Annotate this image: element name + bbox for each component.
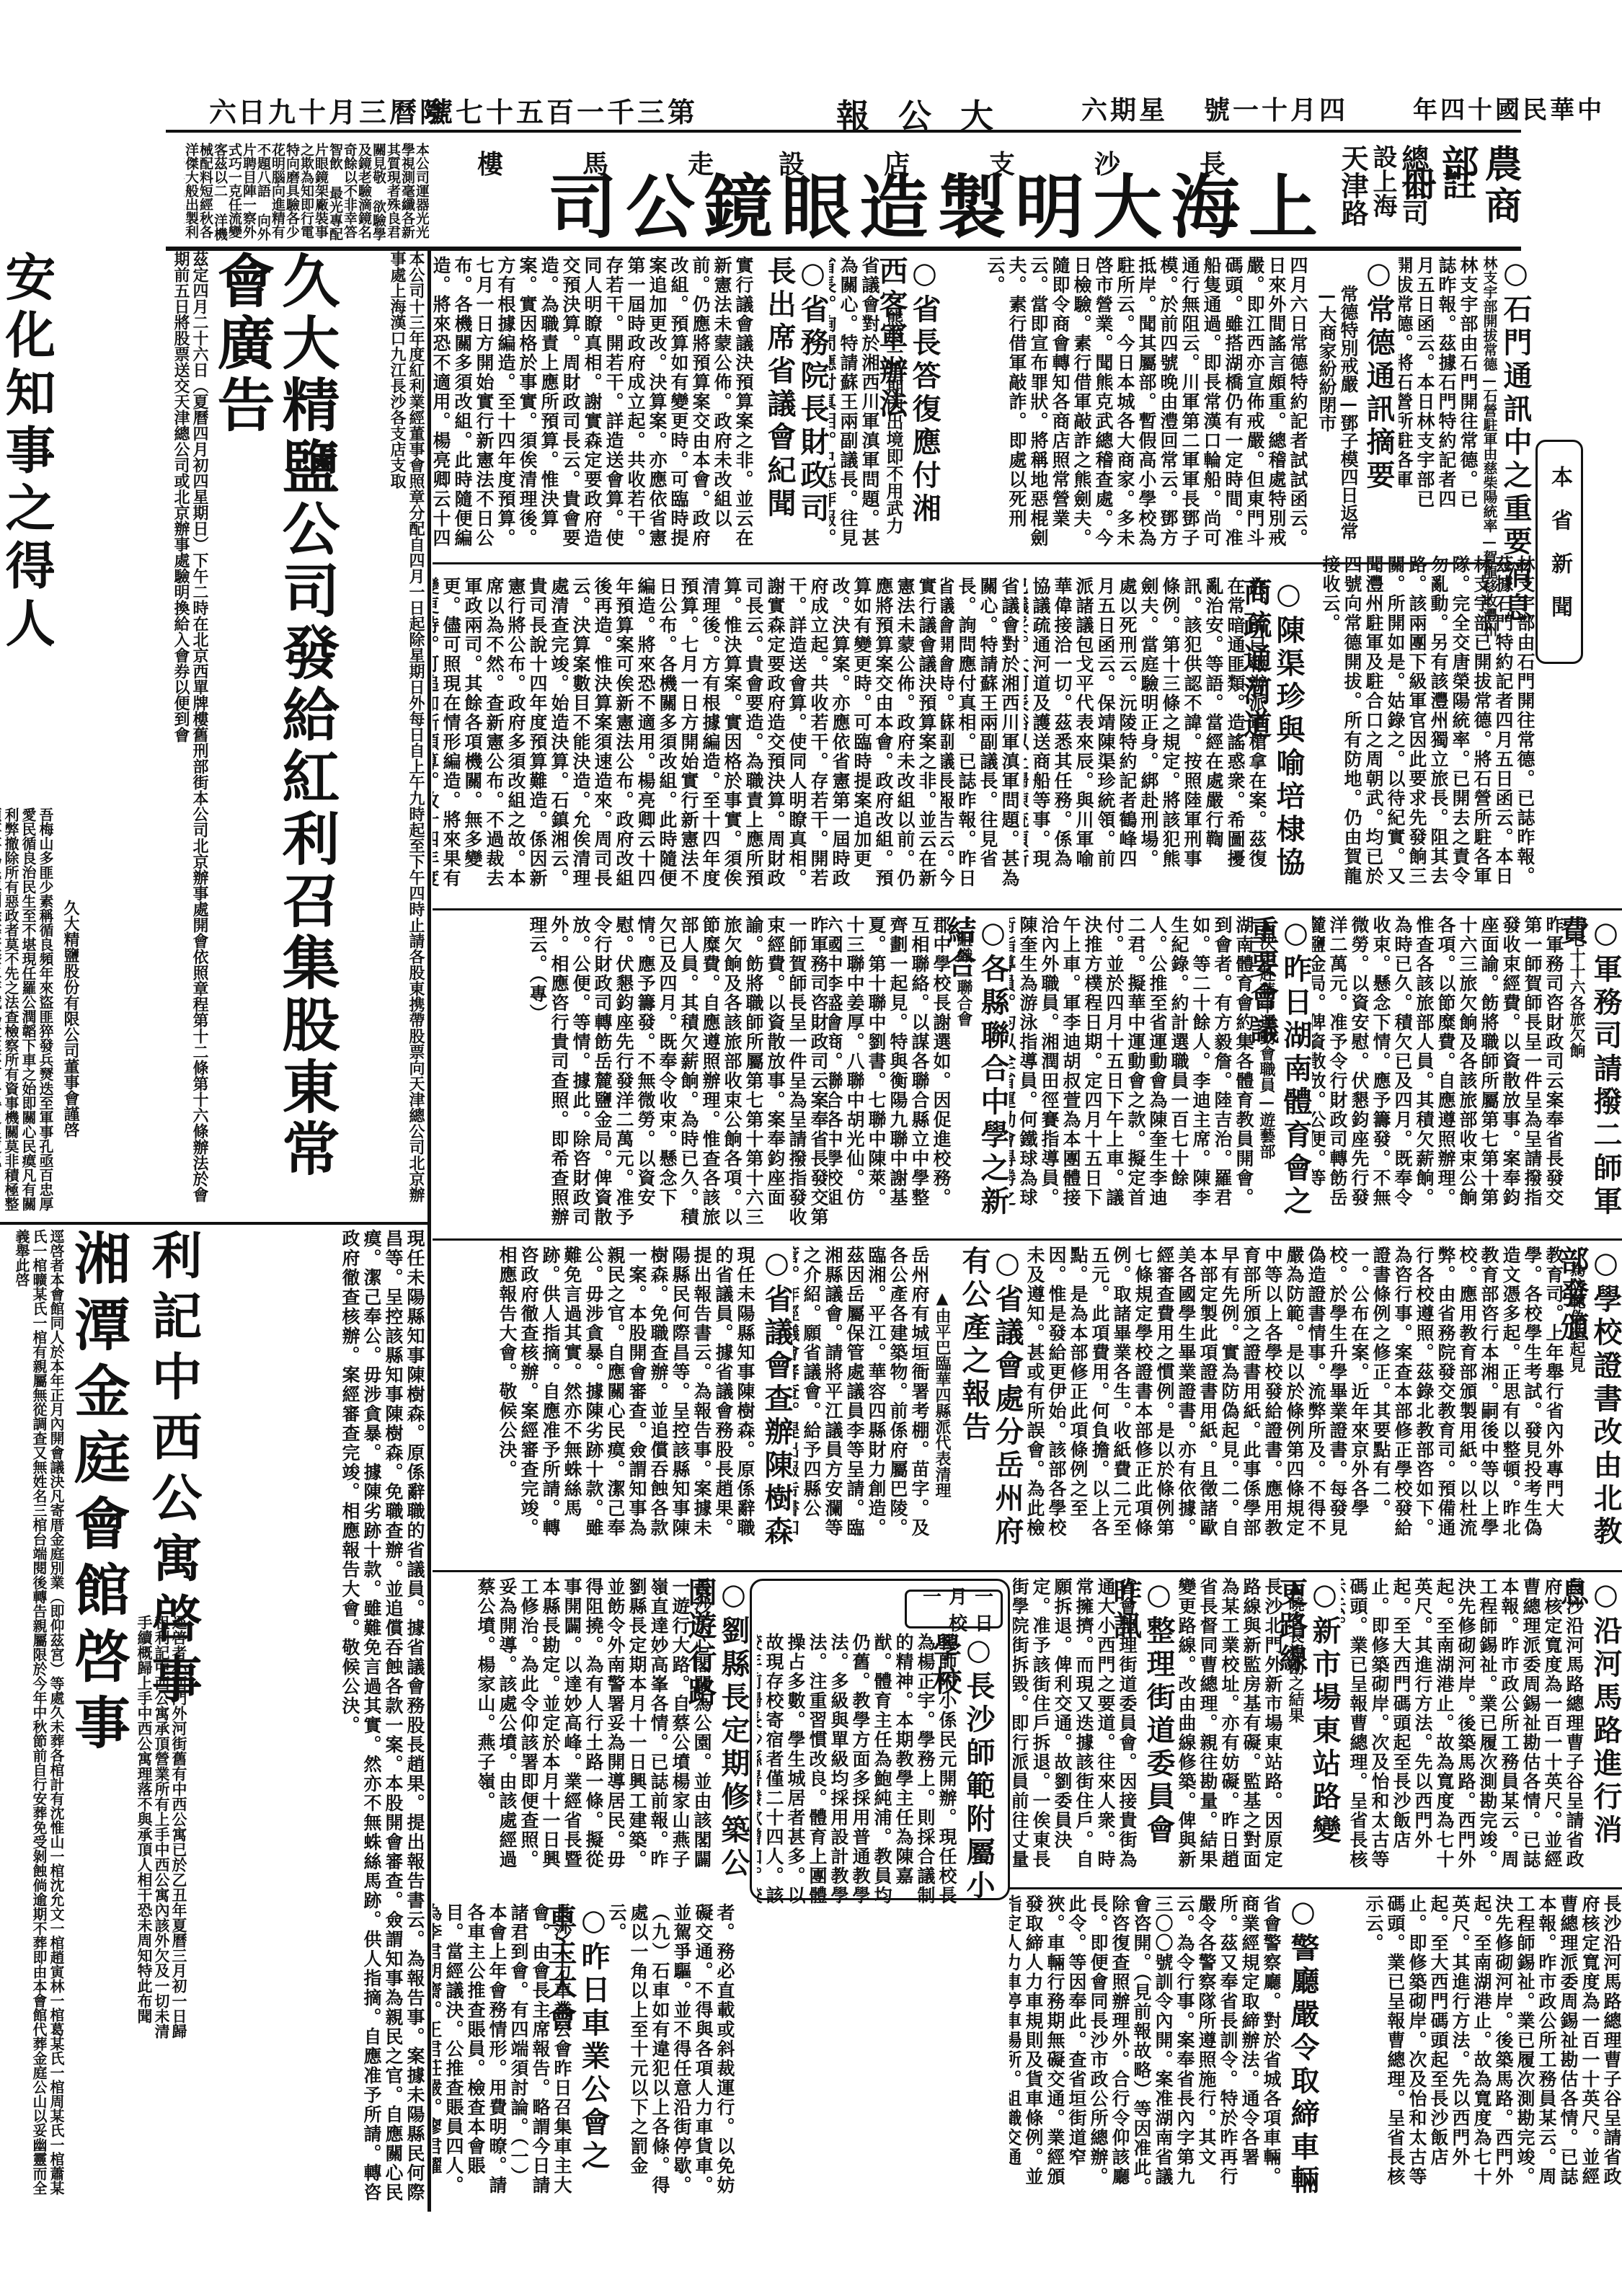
article-sports-subtitle: ▲決定赴華中運動會職員—遊藝部 [1257,916,1276,1218]
article-riverside-road: ○沿河馬路進行消息 長沙沿河馬路總理曹子谷呈請省政府核定寬度為一百一十英尺。並經… [1341,1577,1622,1880]
article-new-market-subtitle: ▲曉省長親勘之結果 [1286,1577,1305,1837]
optical-company-name: 上海大明製造眼鏡公司 [433,172,1326,244]
article-xiangxi-subtitle: ：熊於一星期內出境即不用武力 [883,292,903,551]
article-chenshusen: ○省議會查辦陳樹森 現任未陽縣知事陳樹森。原係辭職的省議員。據省議會務股長趙果。… [433,1246,793,1563]
divider-row4 [433,1570,1622,1572]
divider-row5 [1009,1887,1622,1889]
month-day: 四月十一號 [1204,90,1348,127]
article-xiangxi-body: 省議會對於湘西川軍滇軍問題。甚為關心。特請蘇王兩副議長。往見省長。詢問應付真相。… [830,256,880,551]
ad-salt-company: 久大精鹽公司發給紅利召集股東常會廣告 本公司十三年度紅利業經董事會照章分配自四月… [54,251,425,1217]
article-school-cert: ○學校證書改由北教部發頒 ：為防範偽造起見 教育司。上年舉行省內外專門大學。各校… [1024,1246,1622,1563]
article-school-cert-body: 教育司。上年舉行省內外專門大學。各校學生考試。發見投考生偽造文憑多起。正思有以整… [1024,1246,1564,1556]
article-new-market-title: ○新市場東站路變更路線 [1275,1577,1341,1880]
article-rickshaw-body: 長沙人力車業公會昨日召集車主大會。由會長主席報告。略謂今日請諸君到會。有四端須討… [433,1903,572,2199]
article-school-cert-title: ○學校證書改由北教部發頒 [1556,1246,1622,1563]
traffic-rules-body: 者。務必直載或斜裁運行。以免妨礙交通。不得與各項人力車貨車。並駕爭驅。並不得任意… [613,1903,735,2199]
article-police-vehicles-title: ○警廳嚴令取締車輛 [1286,1894,1319,2212]
article-middle-school-body: 郡中學校長謝選如。因促進校務。互相聯絡。以謀各聯合縣立中學整齊劃一起見。特與衡陽… [829,916,952,1225]
article-chenshusen-body: 現任未陽縣知事陳樹森。原係辭職的省議員。據省議會務股長趙果。提出報告書云。為報告… [433,1246,755,1556]
divider-row1 [433,562,1528,564]
article-yuezhou-subtitle: ▲由平巴臨華四縣派代表清理 [933,1289,952,1548]
article-rickshaw: 者。務必直載或斜裁運行。以免妨礙交通。不得與各項人力車貨車。並駕爭驅。並不得任意… [433,1903,735,2206]
article-army-fee-subtitle: ：七十十六各旅欠餉 [1567,916,1586,1218]
article-police-vehicles-body-main: 省會警察廳。對於省城各項車輛。商業經規定取締辦法。通令各署所。茲又奉省長訓令。特… [1009,1894,1282,2204]
article-finance-title: ○省務院長財政司長出席省議會紀聞 [757,256,829,559]
article-middle-school-cont: 昨軍務司咨財政司云案奉省長發交第一師賀師長呈一件呈為呈請撥指發收束經費。以資散放… [433,916,829,1233]
lunar-date: 陰曆三月十九日 [238,90,450,130]
optical-ad-description: 本公司運器光光學視測毫纖各新其質現者殊良君關見敬 欲驗學及鏡老驗滴鏡名奇餘以不非… [184,143,429,241]
article-normal-school: ○長沙師範附屬小學校 長師附小係民元開辦。現任校長為楊正宇。學務上。則採合議制的… [757,1633,995,1921]
article-park-body: 長沙天心閣闢為公園。並由該閣闢一遊行大路。自蔡公墳楊家山燕子嶺直達妙高峯各情。已… [433,1577,712,1887]
ad-salt-notice-b: 茲定四月二十六日（夏曆四月初四星期日）下午二時在北京西單牌樓舊刑部街本公司北京辦… [65,251,209,1210]
left-ads-h-divider [0,1222,429,1225]
left-ads-divider [427,251,431,2212]
article-sports-title: ○昨日湖南體育會之重要會議 [1246,916,1312,1233]
article-street-committee-body: 省會整理街道委員會。因接貴街為通大小西門之要道。往來人衆。時常擁擠。而現又迭據該… [1014,1577,1138,1873]
article-normal-school-body: 長師附小係民元開辦。現任校長為楊正宇。學務上。則採合議制的精神。本期教學主任為陳… [757,1633,957,1914]
ad-xiangtan-title: 湘潭金庭會館啓事 [65,1229,130,2209]
article-changde-title: ○常德通訊摘要 [1362,256,1395,559]
page-mark: 六 [209,90,239,130]
gift-ad: 農商部 註冊 總公司 設上海 天津路 [1326,144,1521,238]
article-middle-school: ○各縣聯合中學之新結合 ：組織二聯合會 郡中學校長謝選如。因促進校務。互相聯絡。… [829,916,1009,1233]
article-xiangxi: ○省長答復應付湘西客軍辦法 ：熊於一星期內出境即不用武力 省議會對於湘西川軍滇軍… [829,256,941,559]
ad-salt-company-title: 久大精鹽公司發給紅利召集股東常會廣告 [209,251,339,1210]
article-shimen-cont: 林支宇部由石門開往常德。已誌昨報。茲據石門特約記者四月五日函云。本日林支宇部已開… [1305,555,1535,901]
article-changde-subtitle: 常德特別戒嚴—鄧子模四日返常—大商家紛紛閉市 [1316,285,1359,544]
article-chenquzhen: ○陳渠珍與喻培棣協商疏通河道 詐。前已報辦派軍槍拿在案。茲復在常暗通匪類。造謠惑… [1024,577,1305,894]
boxed-notice-label-frame: 一月一日校 [905,1590,1003,1628]
article-chenshusen-title: ○省議會查辦陳樹森 [760,1246,793,1563]
divider-row3 [433,1238,1622,1241]
article-sports: ○昨日湖南體育會之重要會議 ▲決定赴華中運動會職員—遊藝部 湖南體育會約集各體育… [1009,916,1312,1233]
ad-salt-notice-a: 本公司十三年度紅利業經董事會照章分配自四月一日起除星期日外每日自上午九時起至下午… [339,251,425,1210]
article-finance-cont-2: 現任未陽縣知事陳樹森。原係辭職的省議員。據省議會務股長趙果。提出報告書云。為報告… [202,1229,425,2209]
republic-date: 中華民國十四年 [1413,90,1605,125]
ad-salt-signature: 久大精鹽股份有限公司董事會謹啓 [61,900,80,1217]
article-finance-body: 實行議會議決預算案之非。並云在新憲法未蒙公佈。政府未改組以前。仍應將預算案交由本… [433,256,754,551]
article-changde-body: 四月六日常德特約記者試試函云。日來外間謠言頗重。總稽處特別戒嚴。即江西亦宣佈戒嚴… [941,256,1308,551]
gift-ad-sub3: 天津路 [1338,144,1367,245]
article-school-cert-subtitle: ：為防範偽造起見 [1567,1246,1586,1548]
paper-name: 大公報 [836,90,1022,138]
article-shimen-body: 林支宇部由石門開往常德。已誌昨報。茲據石門特約記者四月五日函云。本日林支宇部已開… [1399,256,1479,515]
gift-ad-sub2: 設上海 [1368,144,1397,245]
ad-xiangtan-body: 逕啓者本會館同人於本年正月內開會議決凡寄厝金庭別業（即仰茲宮）等處久未葬各棺計有… [14,1229,65,2202]
ad-xiangtan: 湘潭金庭會館啓事 逕啓者本會館同人於本年正月內開會議決凡寄厝金庭別業（即仰茲宮）… [14,1229,130,2209]
divider-row2 [433,908,1622,910]
article-finance-cont: 實行議會議決預算案之非。並云在新憲法未蒙公佈。政府未改組以前。仍應將預算案交由本… [433,577,937,894]
ad-liji-body: 逕啓者小西門外河街舊有中西公寓已於乙丑年夏曆三月初一日歸租利記中西公寓承頂營業所… [130,1615,187,2047]
weekday: 星期六 [1081,90,1168,127]
issue-number: 第三千一百五十七號 [425,90,698,130]
article-xiangxi-cont: 省議會對於湘西川軍滇軍問題。甚為關心。特請蘇王兩副議長。往見省長。詢問應付真相。… [941,577,1020,894]
article-new-market-body: 長沙北門外新市場東站路。因原定路線與新監房基有礙。監基之對面為某工業校址。亦有妨… [1175,1577,1283,1873]
article-middle-school-title: ○各縣聯合中學之新結合 [943,916,1009,1233]
ad-anhua-body: 吾梅山多匪少素稱循良頻年來盜匪猝發兵燹迭至軍事孔亟百忠厚愛民循良治民生至不堪現任… [0,807,54,1211]
article-army-fee: ○軍務司請撥二師軍費 ：七十十六各旅欠餉 昨軍務司咨財政司云案奉省長發交第一師賀… [1312,916,1622,1233]
article-riverside-road-body: 長沙沿河馬路總理曹子谷呈請省政府核定寬度為一百一十英尺。並經曹總理派委周錫祉勘估… [1341,1577,1585,1873]
article-park: ○劉縣長定期修築公園遊行路 長沙天心閣闢為公園。並由該閣闢一遊行大路。自蔡公墳楊… [433,1577,750,1894]
article-yuezhou-body: 岳州府有城垣衙署考棚。苗字。及各公產各建築物。前係府屬巴陵。臨湘。平江。華容四縣… [793,1246,930,1556]
article-street-committee: ○整理街道委員會昨訊 省會整理街道委員會。因接貴街為通大小西門之要道。往來人衆。… [1013,1577,1175,1880]
article-new-market: ○新市場東站路變更路線 ▲曉省長親勘之結果 長沙北門外新市場東站路。因原定路線與… [1175,1577,1341,1880]
article-changde: ○常德通訊摘要 常德特別戒嚴—鄧子模四日返常—大商家紛紛閉市 四月六日常德特約記… [941,256,1395,559]
article-army-fee-title: ○軍務司請撥二師軍費 [1556,916,1622,1233]
section-label-box: 本省新聞 [1535,440,1583,664]
article-yuezhou-title: ○省議會處分岳州府有公產之報告 [952,1246,1024,1556]
article-police-vehicles-body: 長沙沿河馬路總理曹子谷呈請省政府核定寬度為一百一十英尺。並經曹總理派委周錫祉勘估… [1319,1894,1622,2204]
article-army-fee-body: 昨軍務司咨財政司云案奉省長發交第一師賀師長呈一件呈為呈請撥指發收束經費。以資散放… [1312,916,1564,1225]
article-chenquzhen-body: 詐。前已報辦派軍槍拿在案。茲復在常暗通匪類。造謠惑衆。希圖擾亂治安。等語。當經在… [1025,577,1267,887]
article-middle-school-subtitle: ：組織二聯合會 [954,916,973,1218]
gift-ad-sub1: 總公司 [1399,144,1427,245]
article-yuezhou: ○省議會處分岳州府有公產之報告 ▲由平巴臨華四縣派代表清理 岳州府有城垣衙署考棚… [793,1246,1024,1563]
article-sports-body: 湖南體育會約集各體育教員開會。到會者。有方毅詹。陸吉治。羅君如。等二十餘人。李迪… [1009,916,1254,1225]
article-police-vehicles: ○警廳嚴令取締車輛 長沙沿河馬路總理曹子谷呈請省政府核定寬度為一百一十英尺。並經… [1009,1894,1622,2212]
